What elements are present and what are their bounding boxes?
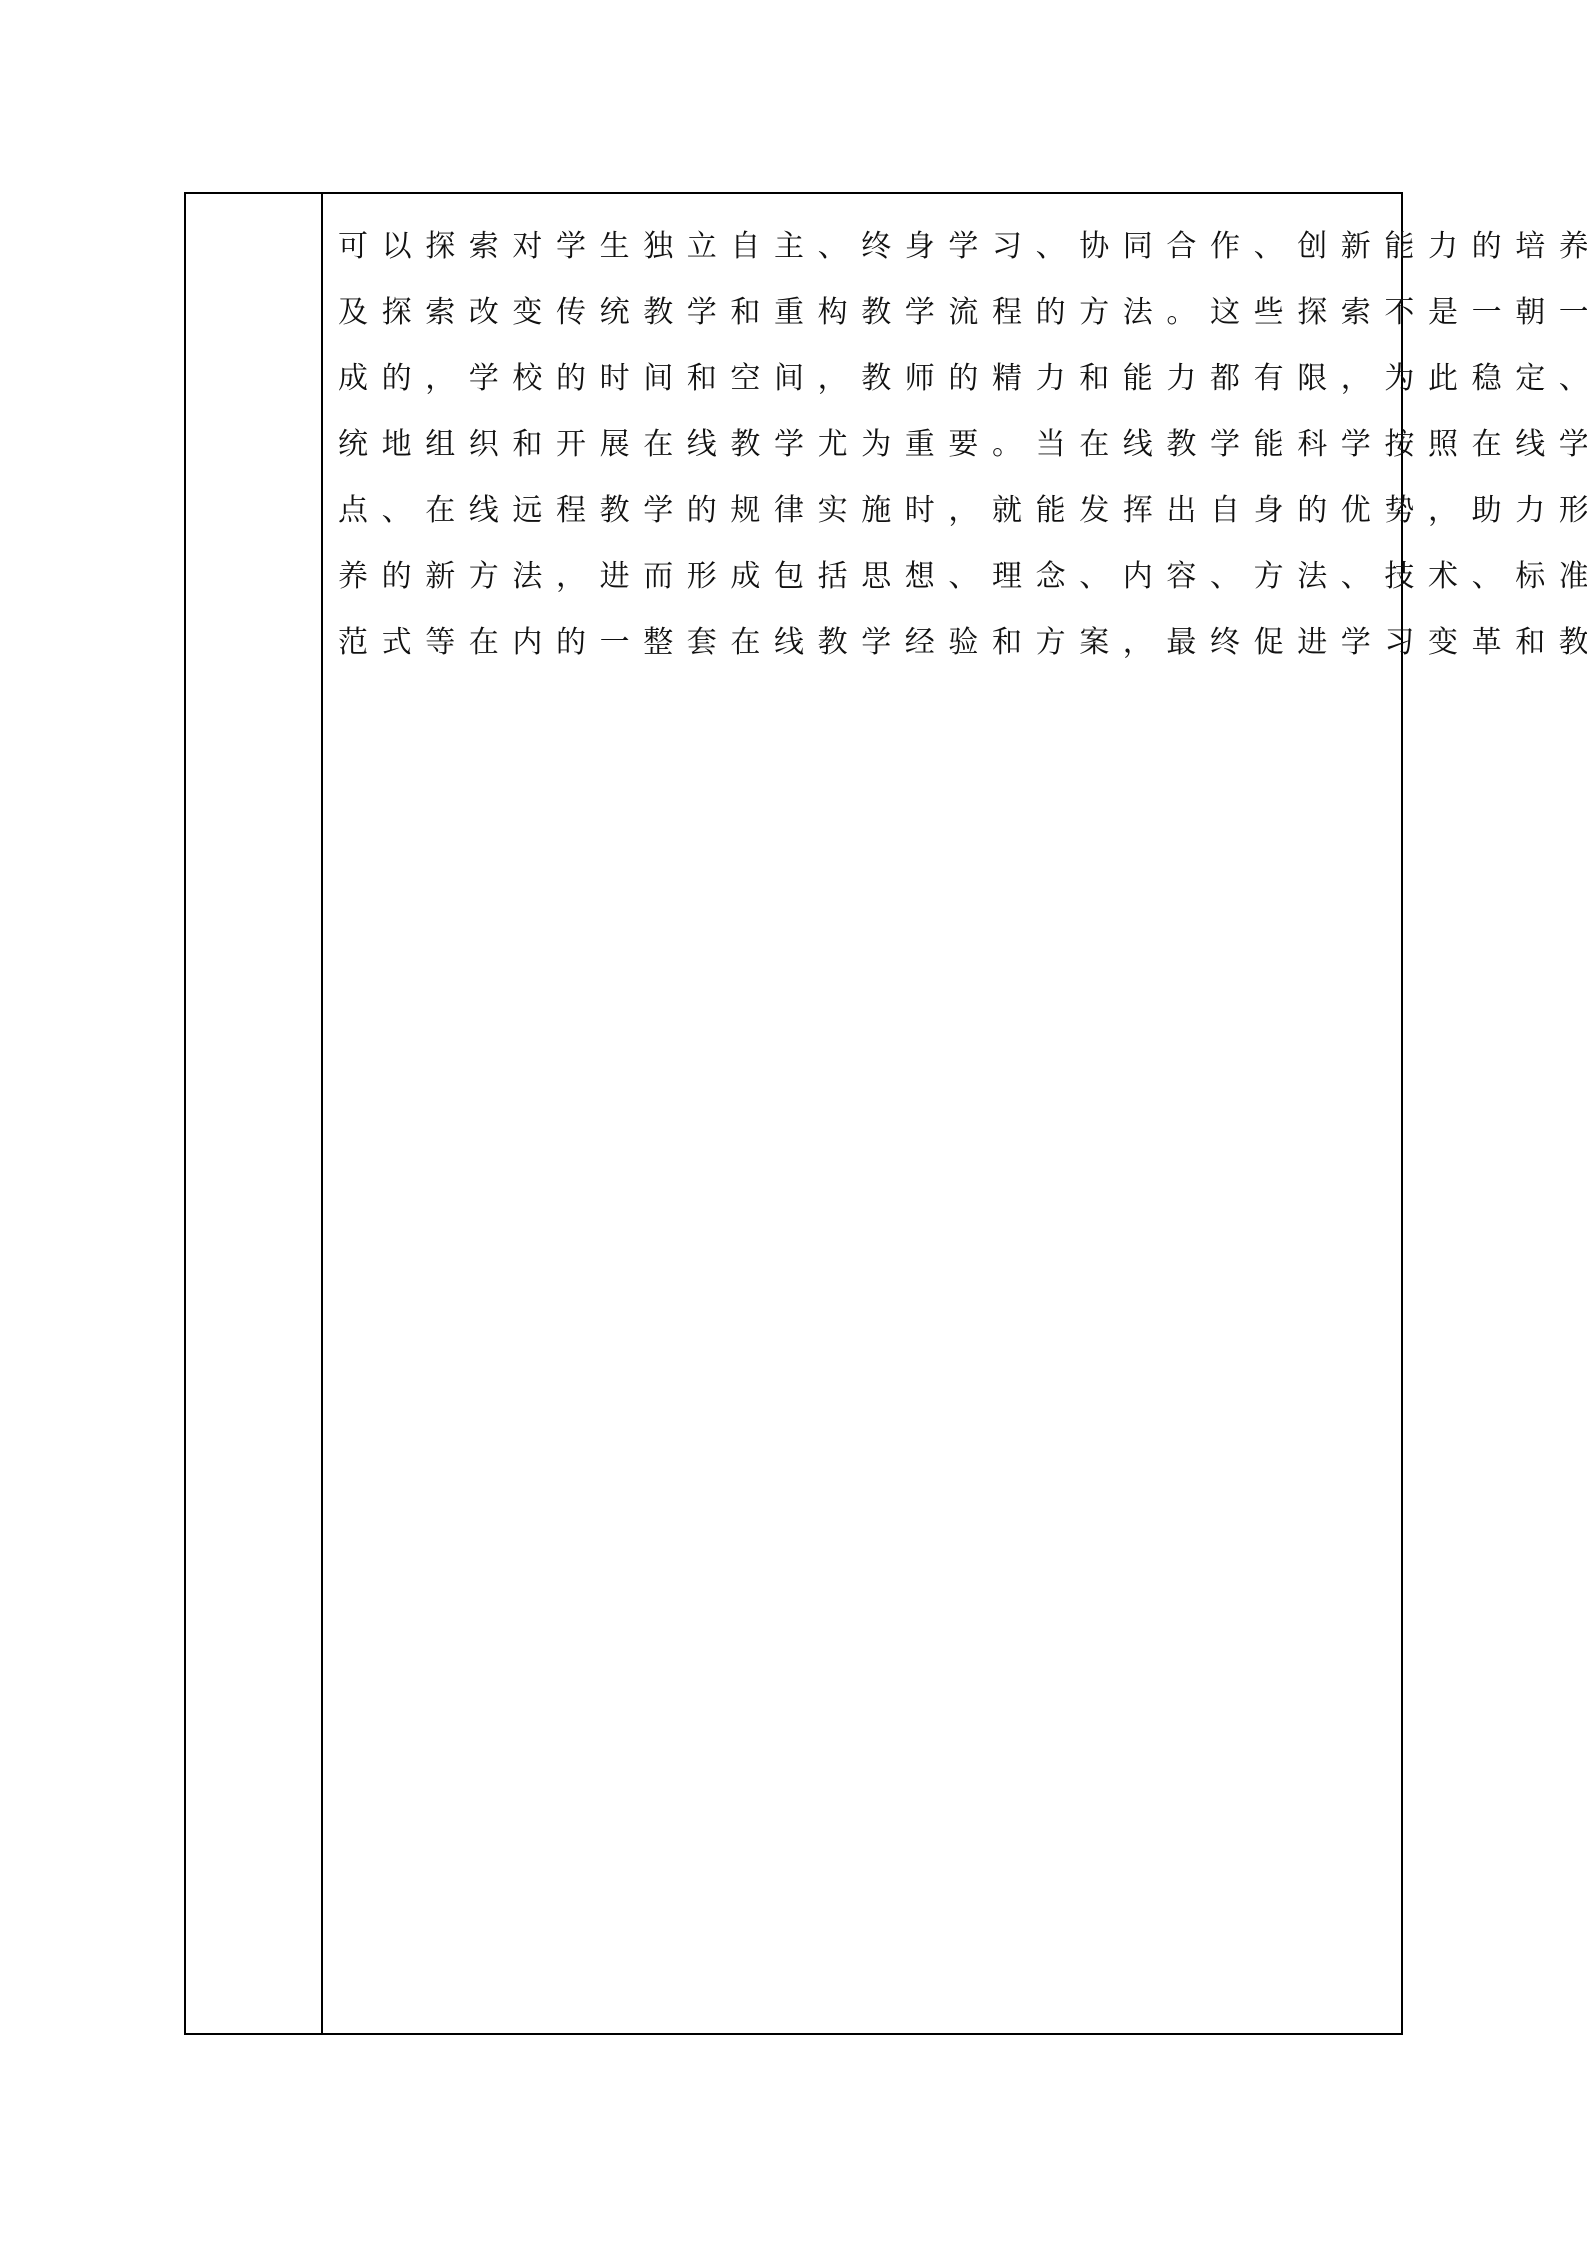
body-paragraph: 可以探索对学生独立自主、终身学习、协同合作、创新能力的培养方法，以 及探索改变传…	[338, 214, 1400, 676]
table-left-cell	[186, 194, 323, 2033]
document-table: 可以探索对学生独立自主、终身学习、协同合作、创新能力的培养方法，以 及探索改变传…	[184, 192, 1403, 2035]
paragraph-line: 点、在线远程教学的规律实施时，就能发挥出自身的优势，助力形成人才培	[338, 478, 1400, 544]
paragraph-line: 可以探索对学生独立自主、终身学习、协同合作、创新能力的培养方法，以	[338, 214, 1400, 280]
paragraph-line: 及探索改变传统教学和重构教学流程的方法。这些探索不是一朝一夕可以完	[338, 280, 1400, 346]
table-right-cell: 可以探索对学生独立自主、终身学习、协同合作、创新能力的培养方法，以 及探索改变传…	[323, 194, 1401, 2033]
paragraph-line: 养的新方法，进而形成包括思想、理念、内容、方法、技术、标准、评价、	[338, 544, 1400, 610]
paragraph-line: 成的，学校的时间和空间，教师的精力和能力都有限，为此稳定、持续和系	[338, 346, 1400, 412]
paragraph-line: 范式等在内的一整套在线教学经验和方案，最终促进学习变革和教学创新。	[338, 610, 1400, 676]
paragraph-line: 统地组织和开展在线教学尤为重要。当在线教学能科学按照在线学习的特	[338, 412, 1400, 478]
